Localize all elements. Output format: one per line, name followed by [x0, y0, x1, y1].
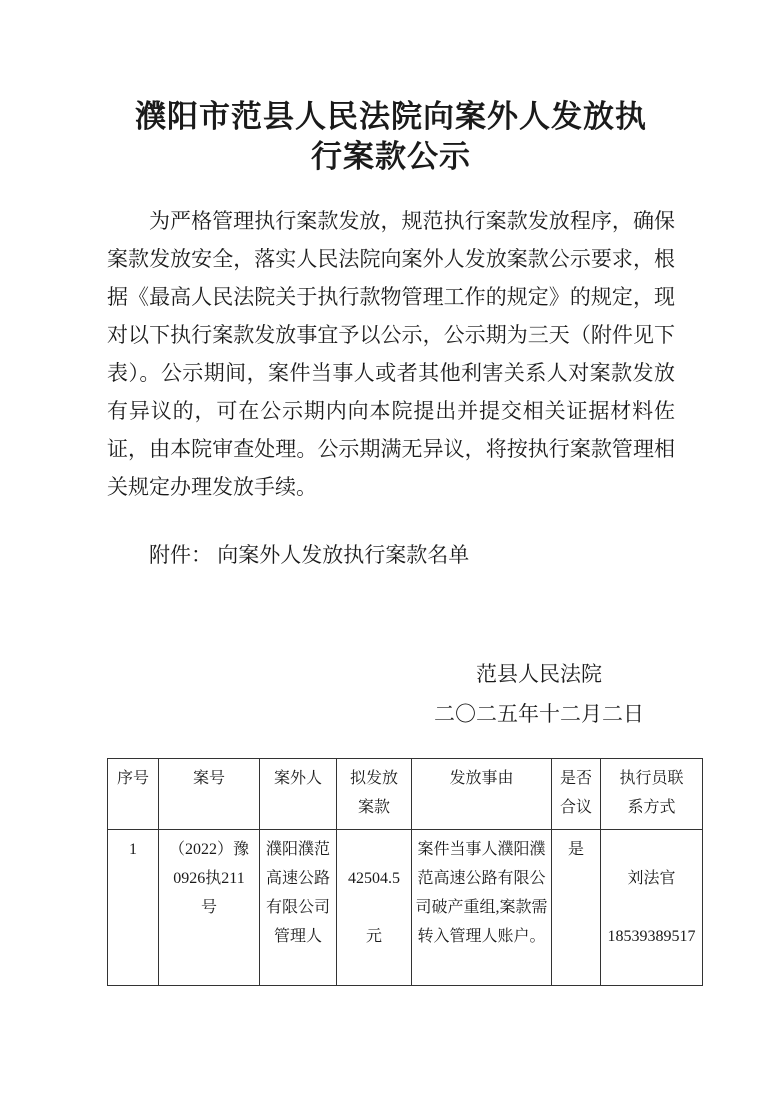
- contact-phone: 18539389517: [604, 922, 699, 951]
- header-case-number: 案号: [159, 759, 260, 830]
- header-contact: 执行员联 系方式: [601, 759, 703, 830]
- body-paragraph: 为严格管理执行案款发放，规范执行案款发放程序，确保案款发放安全，落实人民法院向案…: [107, 202, 675, 506]
- header-reason: 发放事由: [412, 759, 552, 830]
- cell-contact: 刘法官 18539389517: [601, 830, 703, 986]
- attachment-line: 附件： 向案外人发放执行案款名单: [107, 536, 675, 574]
- table-header-row: 序号 案号 案外人 拟发放 案款 发放事由 是否 合议 执行员联 系方式: [108, 759, 703, 830]
- cell-amount: 42504.5 元: [337, 830, 412, 986]
- header-seq: 序号: [108, 759, 159, 830]
- cell-seq: 1: [108, 830, 159, 986]
- amount-unit: 元: [340, 922, 408, 951]
- header-outsider: 案外人: [260, 759, 337, 830]
- document-content: 濮阳市范县人民法院向案外人发放执 行案款公示 为严格管理执行案款发放，规范执行案…: [0, 0, 780, 1103]
- table-row: 1 （2022）豫 0926执211 号 濮阳濮范 高速公路 有限公司 管理人 …: [108, 830, 703, 986]
- case-payment-table: 序号 案号 案外人 拟发放 案款 发放事由 是否 合议 执行员联 系方式 1 （…: [107, 758, 703, 986]
- header-amount: 拟发放 案款: [337, 759, 412, 830]
- contact-name: 刘法官: [604, 864, 699, 893]
- page-title-line-1: 濮阳市范县人民法院向案外人发放执: [135, 99, 647, 134]
- page-title: 濮阳市范县人民法院向案外人发放执 行案款公示: [107, 97, 675, 177]
- signature-date: 二〇二五年十二月二日: [389, 694, 689, 734]
- amount-value: 42504.5: [340, 864, 408, 893]
- document-page: 濮阳市范县人民法院向案外人发放执 行案款公示 为严格管理执行案款发放，规范执行案…: [0, 0, 780, 1103]
- court-name: 范县人民法院: [389, 654, 689, 694]
- page-title-line-2: 行案款公示: [311, 139, 471, 174]
- cell-outsider: 濮阳濮范 高速公路 有限公司 管理人: [260, 830, 337, 986]
- cell-panel-decision: 是: [552, 830, 601, 986]
- cell-reason: 案件当事人濮阳濮 范高速公路有限公 司破产重组,案款需 转入管理人账户。: [412, 830, 552, 986]
- signature-block: 范县人民法院 二〇二五年十二月二日: [389, 654, 689, 734]
- cell-case-number: （2022）豫 0926执211 号: [159, 830, 260, 986]
- header-panel-decision: 是否 合议: [552, 759, 601, 830]
